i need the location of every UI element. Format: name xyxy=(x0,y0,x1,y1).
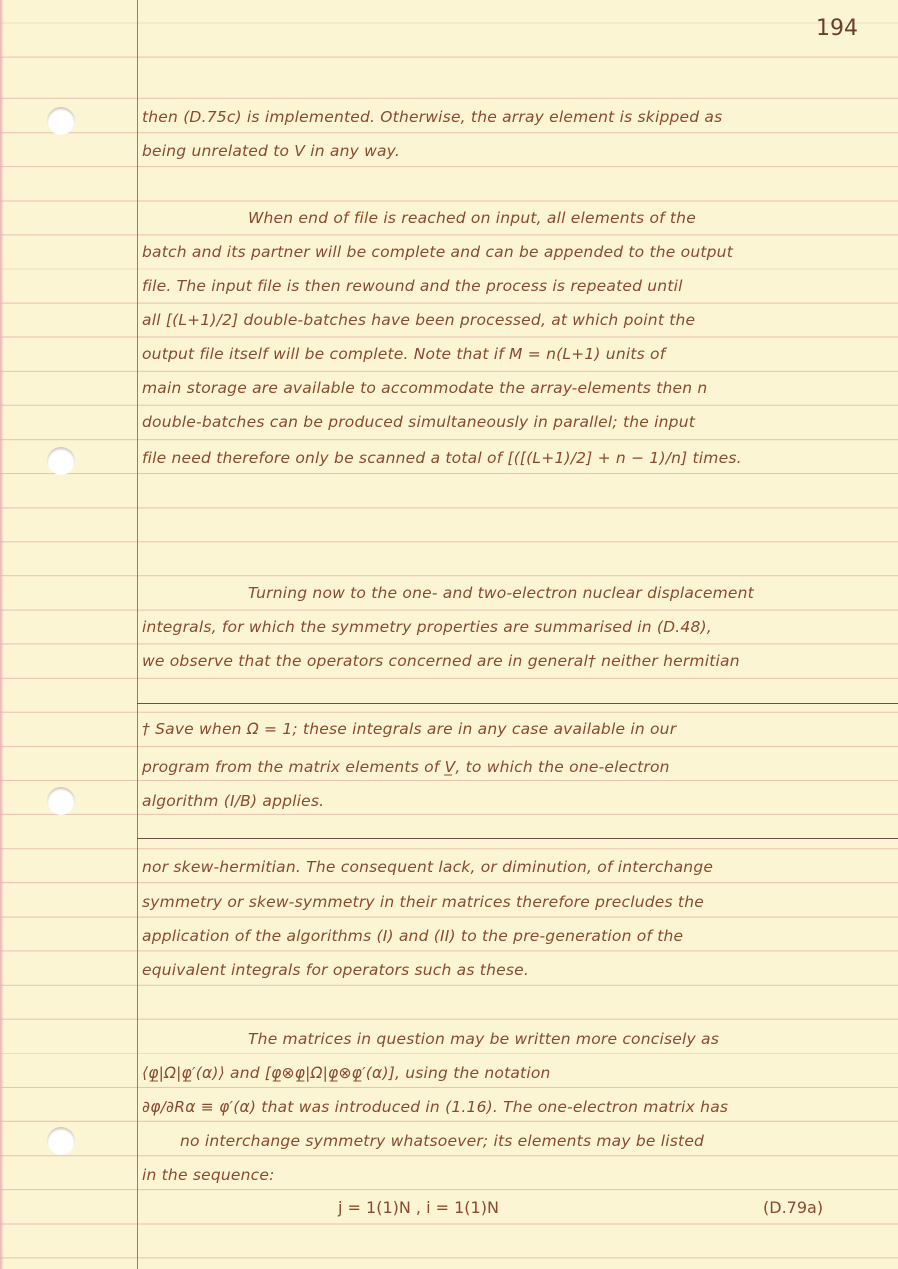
text-line: ∂φ/∂Rα ≡ φ′(α) that was introduced in (1… xyxy=(142,1098,874,1116)
text-line: batch and its partner will be complete a… xyxy=(142,243,874,261)
text-line: When end of file is reached on input, al… xyxy=(248,209,874,227)
footnote-line: program from the matrix elements of V̲, … xyxy=(142,758,874,776)
footnote-line: † Save when Ω = 1; these integrals are i… xyxy=(142,720,874,738)
equation-expression: j = 1(1)N , i = 1(1)N xyxy=(338,1198,499,1217)
text-line: The matrices in question may be written … xyxy=(248,1030,874,1048)
text-line: no interchange symmetry whatsoever; its … xyxy=(180,1132,874,1150)
text-line: double-batches can be produced simultane… xyxy=(142,413,874,431)
paper-edge xyxy=(0,0,4,1269)
text-line: main storage are available to accommodat… xyxy=(142,379,874,397)
text-line: being unrelated to V in any way. xyxy=(142,142,874,160)
text-line: output file itself will be complete. Not… xyxy=(142,345,874,363)
punch-hole xyxy=(47,107,75,135)
punch-hole xyxy=(47,447,75,475)
text-line: symmetry or skew-symmetry in their matri… xyxy=(142,893,874,911)
punch-hole xyxy=(47,787,75,815)
text-line: ⟨φ̲|Ω|φ̲′(α)⟩ and [φ̲⊗φ̲|Ω|φ̲⊗φ̲′(α)], u… xyxy=(142,1064,874,1082)
footnote-separator-top xyxy=(137,703,898,704)
text-line: application of the algorithms (I) and (I… xyxy=(142,927,874,945)
text-line: equivalent integrals for operators such … xyxy=(142,961,874,979)
text-line: then (D.75c) is implemented. Otherwise, … xyxy=(142,108,874,126)
page-number: 194 xyxy=(816,16,858,41)
margin-line xyxy=(137,0,138,1269)
punch-hole xyxy=(47,1127,75,1155)
text-line: file need therefore only be scanned a to… xyxy=(142,449,874,467)
text-line: integrals, for which the symmetry proper… xyxy=(142,618,874,636)
text-line: in the sequence: xyxy=(142,1166,874,1184)
footnote-separator-bottom xyxy=(137,838,898,839)
text-line: file. The input file is then rewound and… xyxy=(142,277,874,295)
text-line: all [(L+1)/2] double-batches have been p… xyxy=(142,311,874,329)
text-line: nor skew-hermitian. The consequent lack,… xyxy=(142,858,874,876)
text-line: we observe that the operators concerned … xyxy=(142,652,874,670)
text-line: Turning now to the one- and two-electron… xyxy=(248,584,874,602)
footnote-line: algorithm (I/B) applies. xyxy=(142,792,874,810)
equation-label: (D.79a) xyxy=(763,1198,823,1217)
